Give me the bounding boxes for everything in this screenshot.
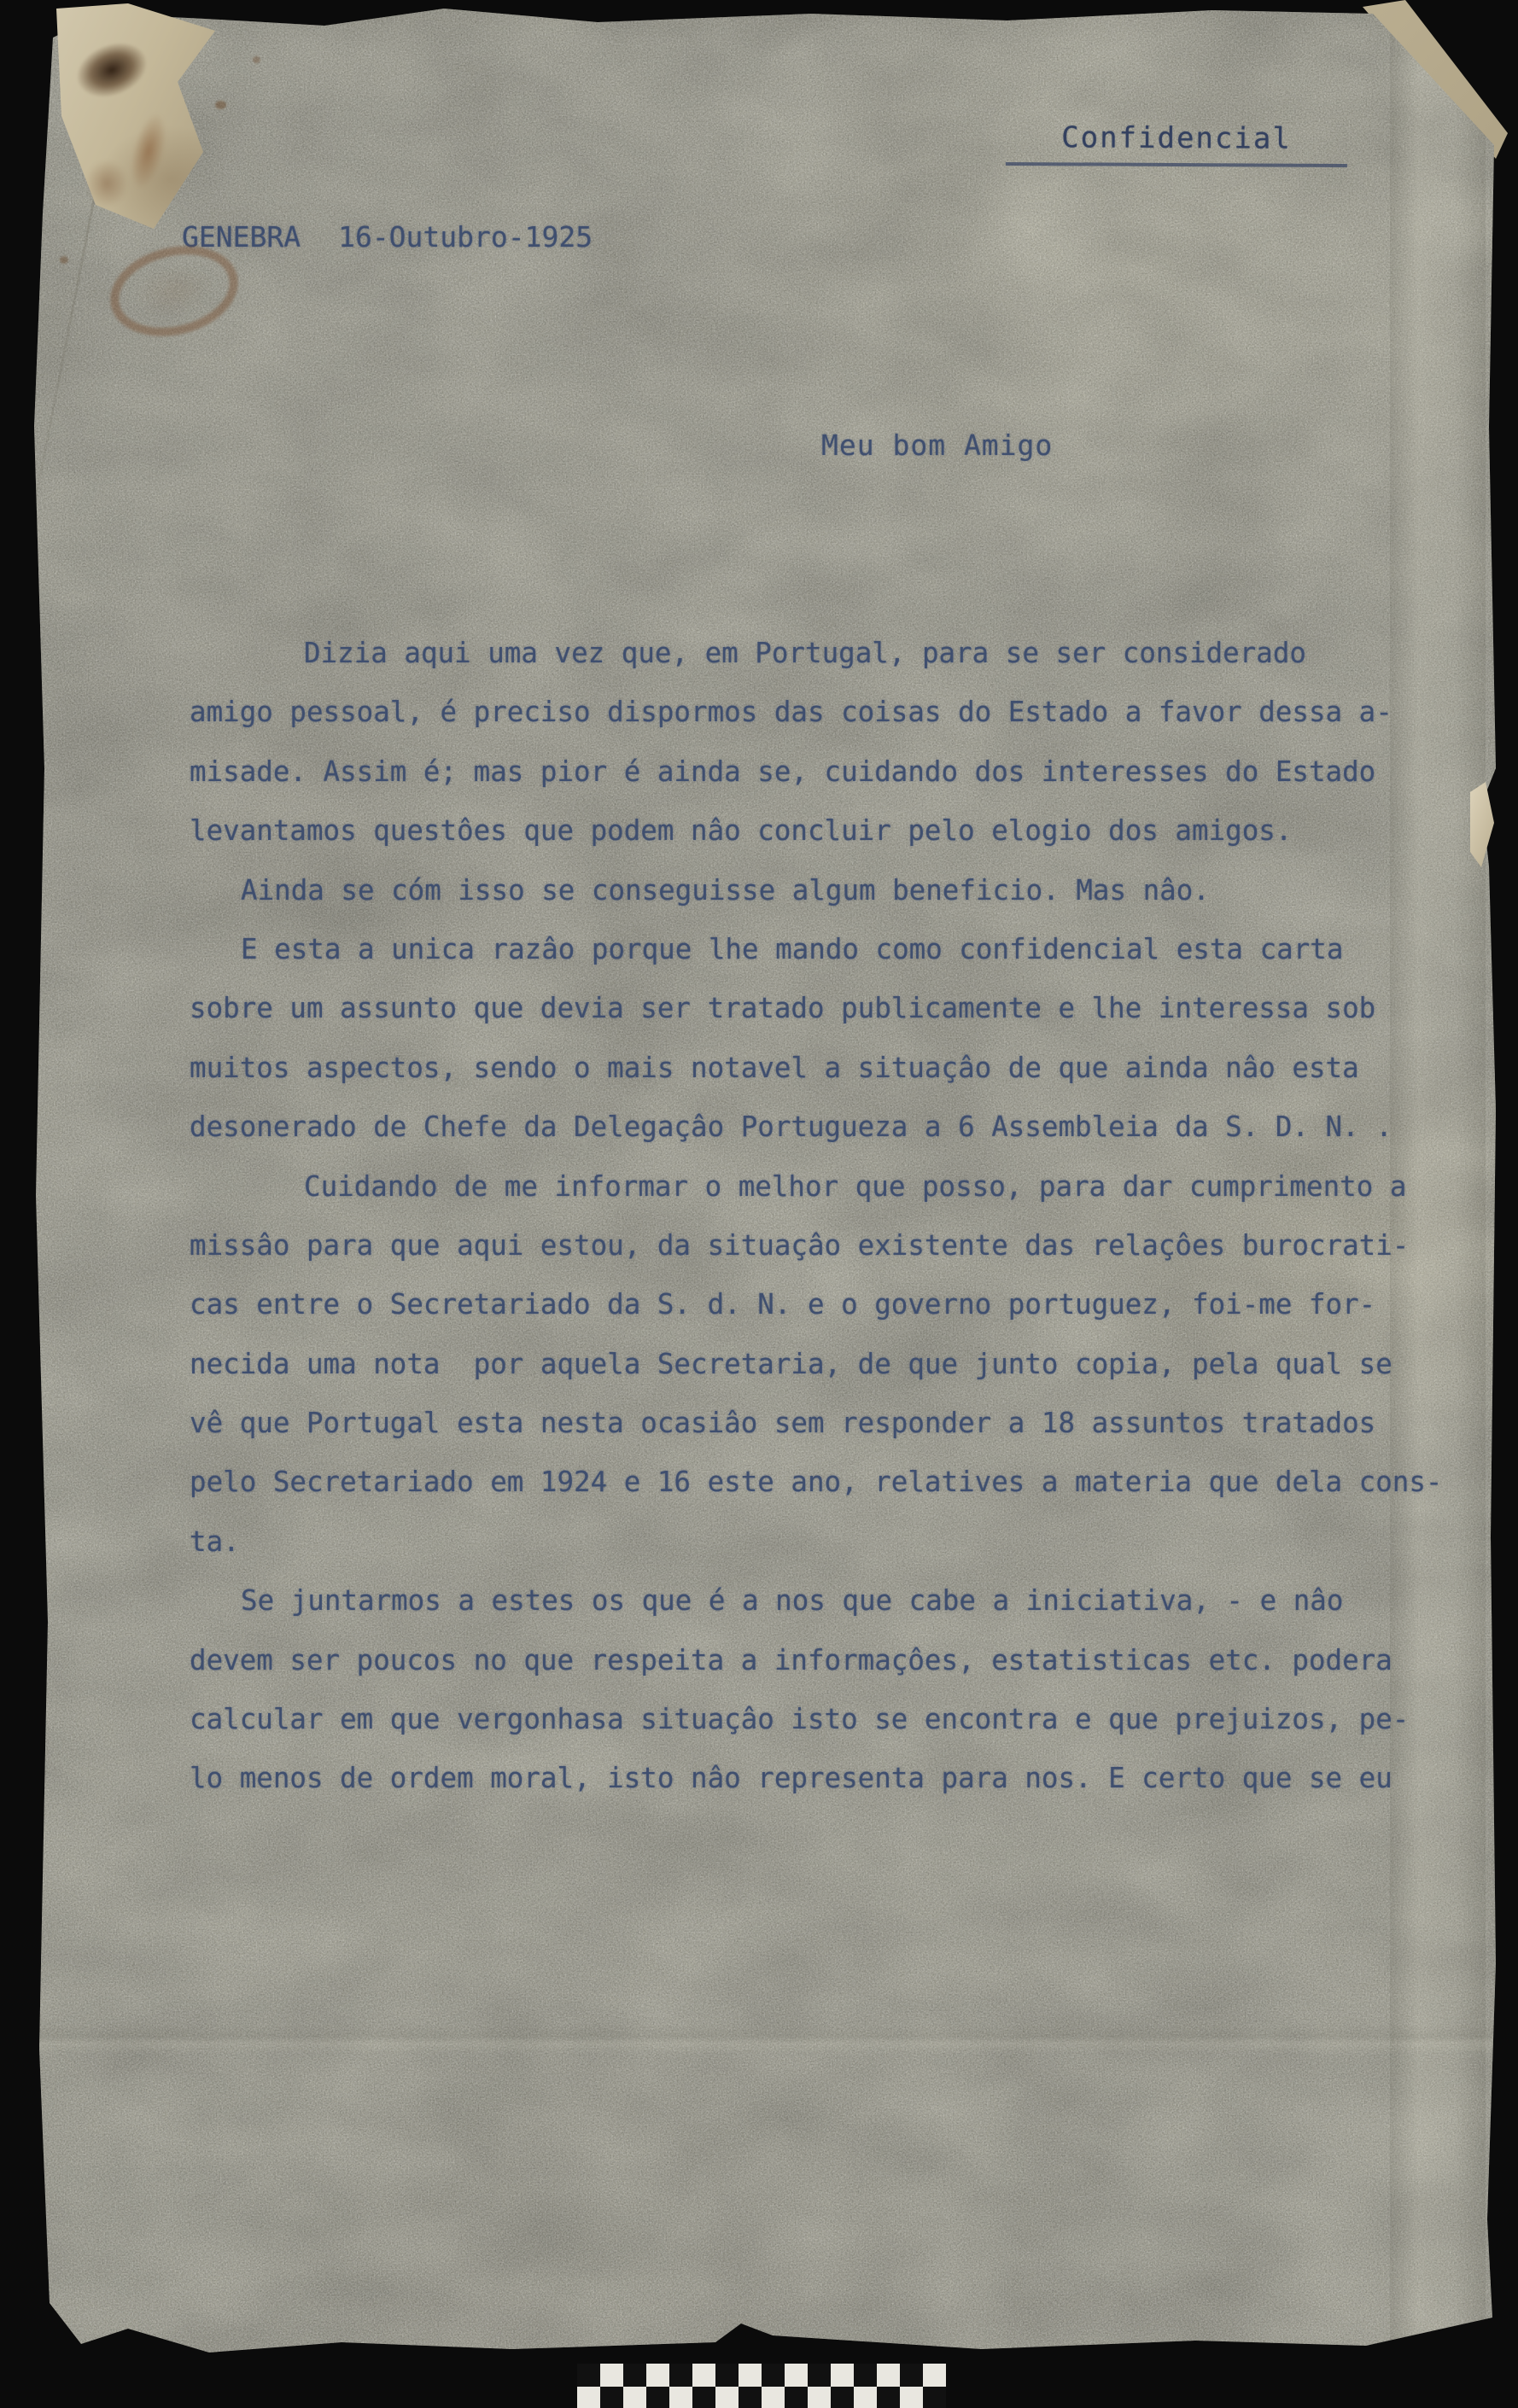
scale-bar: [577, 2364, 946, 2408]
body-line: pelo Secretariado em 1924 e 16 este ano,…: [190, 1462, 1445, 1521]
scale-bar-cell: [646, 2387, 669, 2408]
scale-bar-cell: [808, 2364, 831, 2387]
fold-crease-bottom: [34, 2025, 1494, 2054]
stain-speck: [253, 56, 260, 63]
body-line: sobre um assunto que devia ser tratado p…: [190, 988, 1445, 1047]
salutation: Meu bom Amigo: [821, 429, 1053, 462]
scale-bar-cell: [739, 2364, 762, 2387]
rust-stain: [79, 152, 135, 215]
body-line: Ainda se cóm isso se conseguisse algum b…: [190, 871, 1445, 930]
scale-bar-cell: [692, 2364, 715, 2387]
scale-bar-cell: [785, 2387, 808, 2408]
stain-speck: [60, 256, 68, 264]
scale-bar-cell: [900, 2387, 923, 2408]
scale-bar-cell: [831, 2387, 854, 2408]
body-line: desonerado de Chefe da Delegaçâo Portugu…: [190, 1107, 1445, 1166]
dateline-date: 16-Outubro-1925: [338, 220, 593, 254]
scale-bar-cell: [623, 2387, 646, 2408]
scale-bar-cell: [923, 2364, 946, 2387]
body-line: necida uma nota por aquela Secretaria, d…: [190, 1344, 1445, 1403]
scale-bar-cell: [739, 2387, 762, 2408]
scale-bar-cell: [831, 2364, 854, 2387]
scale-bar-cell: [577, 2387, 600, 2408]
scale-bar-cell: [854, 2387, 877, 2408]
scale-bar-cell: [692, 2387, 715, 2408]
body-line: devem ser poucos no que respeita a infor…: [190, 1641, 1445, 1700]
body-line: cas entre o Secretariado da S. d. N. e o…: [190, 1285, 1445, 1344]
scale-bar-cell: [762, 2387, 785, 2408]
body-line: E esta a unica razâo porque lhe mando co…: [190, 930, 1445, 988]
body-line: missâo para que aqui estou, da situaçâo …: [190, 1226, 1445, 1285]
scale-bar-cell: [877, 2387, 900, 2408]
body-line: amigo pessoal, é preciso dispormos das c…: [190, 692, 1445, 751]
scale-bar-cell: [900, 2364, 923, 2387]
body-line: calcular em que vergonhasa situaçâo isto…: [190, 1700, 1445, 1758]
scale-bar-cell: [923, 2387, 946, 2408]
dateline: GENEBRA 16-Outubro-1925: [182, 220, 593, 254]
scale-bar-cell: [715, 2387, 739, 2408]
scale-bar-cell: [600, 2364, 623, 2387]
scanned-letter-photo: Confidencial GENEBRA 16-Outubro-1925 Meu…: [0, 0, 1518, 2408]
torn-edge-right: [1470, 782, 1496, 867]
body-line: misade. Assim é; mas pior é ainda se, cu…: [190, 752, 1445, 811]
body-line: Cuidando de me informar o melhor que pos…: [190, 1167, 1445, 1226]
stain-speck: [215, 101, 226, 109]
scale-bar-cell: [808, 2387, 831, 2408]
scale-bar-cell: [715, 2364, 739, 2387]
scale-bar-cell: [854, 2364, 877, 2387]
letter-body: Dizia aqui uma vez que, em Portugal, par…: [190, 633, 1445, 1818]
scale-bar-cell: [669, 2387, 692, 2408]
scale-bar-cell: [785, 2364, 808, 2387]
scale-bar-cell: [623, 2364, 646, 2387]
body-line: Dizia aqui uma vez que, em Portugal, par…: [190, 633, 1445, 692]
body-line: levantamos questôes que podem nâo conclu…: [190, 811, 1445, 870]
letter-page: Confidencial GENEBRA 16-Outubro-1925 Meu…: [0, 0, 1518, 2408]
body-line: muitos aspectos, sendo o mais notavel a …: [190, 1048, 1445, 1107]
scale-bar-cell: [877, 2364, 900, 2387]
scale-bar-cell: [646, 2364, 669, 2387]
scale-bar-cell: [600, 2387, 623, 2408]
body-line: Se juntarmos a estes os que é a nos que …: [190, 1581, 1445, 1640]
scale-bar-cell: [762, 2364, 785, 2387]
scale-bar-cell: [669, 2364, 692, 2387]
body-line: lo menos de ordem moral, isto nâo repres…: [190, 1758, 1445, 1817]
body-line: ta.: [190, 1522, 1445, 1581]
classification-heading: Confidencial: [1006, 120, 1347, 167]
scale-bar-cell: [577, 2364, 600, 2387]
body-line: vê que Portugal esta nesta ocasiâo sem r…: [190, 1403, 1445, 1462]
